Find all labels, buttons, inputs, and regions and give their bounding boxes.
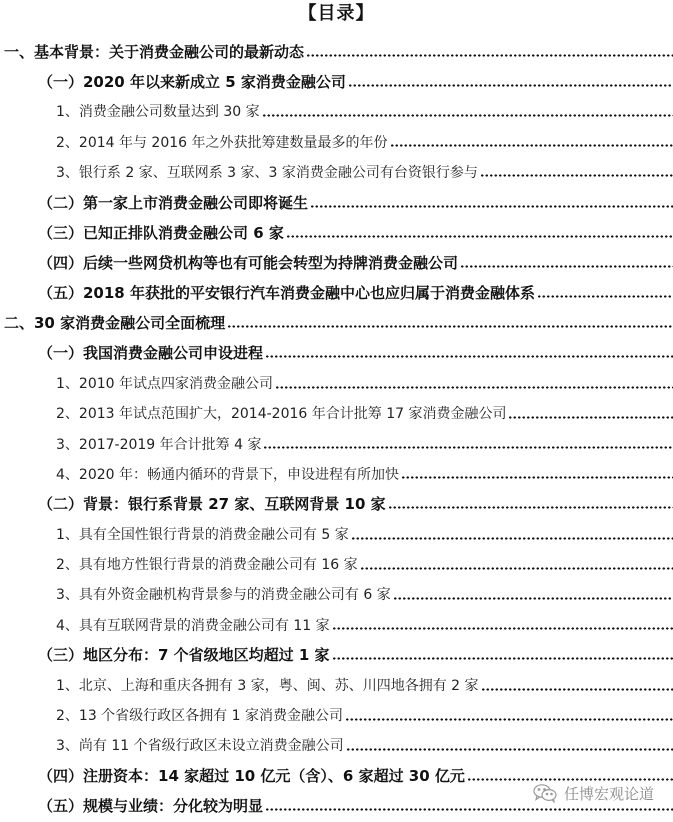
dot-leader: [388, 506, 673, 509]
dot-leader: [348, 84, 673, 87]
toc-entry-text: 一、基本背景：关于消费金融公司的最新动态: [4, 41, 306, 62]
toc-entry-text: （四）后续一些网贷机构等也有可能会转型为持牌消费金融公司: [38, 252, 460, 273]
toc-entry-text: 2、2013 年试点范围扩大，2014-2016 年合计批筹 17 家消费金融公…: [56, 403, 508, 423]
toc-entry-1-1-3[interactable]: 3、银行系 2 家、互联网系 3 家、3 家消费金融公司有台资银行参与: [0, 157, 673, 187]
dot-leader: [346, 748, 673, 751]
toc-entry-text: 4、2020 年：畅通内循环的背景下，申设进程有所加快: [56, 464, 401, 484]
toc-entry-text: （三）已知正排队消费金融公司 6 家: [38, 222, 286, 243]
dot-leader: [227, 325, 673, 328]
dot-leader: [306, 54, 673, 57]
dot-leader: [286, 235, 673, 238]
dot-leader: [460, 265, 673, 268]
toc-entry-text: （五）规模与业绩：分化较为明显: [38, 795, 265, 816]
toc-entry-text: 2、13 个省级行政区各拥有 1 家消费金融公司: [56, 705, 345, 725]
toc-entry-2-2-1[interactable]: 1、具有全国性银行背景的消费金融公司有 5 家: [0, 519, 673, 549]
toc-entry-text: （二）背景：银行系背景 27 家、互联网背景 10 家: [38, 493, 388, 514]
table-of-contents: 一、基本背景：关于消费金融公司的最新动态 （一）2020 年以来新成立 5 家消…: [0, 36, 673, 821]
dot-leader: [360, 567, 673, 570]
toc-entry-1-2[interactable]: （二）第一家上市消费金融公司即将诞生: [0, 187, 673, 217]
dot-leader: [263, 446, 673, 449]
toc-entry-text: 1、北京、上海和重庆各拥有 3 家，粤、闽、苏、川四地各拥有 2 家: [56, 675, 481, 695]
toc-entry-2-2-2[interactable]: 2、具有地方性银行背景的消费金融公司有 16 家: [0, 549, 673, 579]
toc-entry-text: 3、银行系 2 家、互联网系 3 家、3 家消费金融公司有台资银行参与: [56, 162, 480, 182]
watermark: 任博宏观论道: [530, 781, 660, 805]
watermark-text: 任博宏观论道: [564, 783, 654, 804]
toc-entry-1-1-1[interactable]: 1、消费金融公司数量达到 30 家: [0, 96, 673, 126]
toc-entry-text: 1、2010 年试点四家消费金融公司: [56, 373, 275, 393]
dot-leader: [332, 657, 673, 660]
toc-entry-text: 2、2014 年与 2016 年之外获批筹建数量最多的年份: [56, 132, 390, 152]
toc-entry-1-3[interactable]: （三）已知正排队消费金融公司 6 家: [0, 217, 673, 247]
toc-entry-1-1[interactable]: （一）2020 年以来新成立 5 家消费金融公司: [0, 66, 673, 96]
toc-entry-text: 4、具有互联网背景的消费金融公司有 11 家: [56, 615, 332, 635]
toc-entry-1-4[interactable]: （四）后续一些网贷机构等也有可能会转型为持牌消费金融公司: [0, 247, 673, 277]
toc-entry-2-3-3[interactable]: 3、尚有 11 个省级行政区未设立消费金融公司: [0, 730, 673, 760]
toc-entry-text: 2、具有地方性银行背景的消费金融公司有 16 家: [56, 554, 360, 574]
dot-leader: [265, 355, 673, 358]
dot-leader: [390, 144, 673, 147]
dot-leader: [393, 597, 673, 600]
toc-entry-section-2[interactable]: 二、30 家消费金融公司全面梳理: [0, 308, 673, 338]
toc-entry-text: （三）地区分布：7 个省级地区均超过 1 家: [38, 644, 332, 665]
toc-entry-text: （四）注册资本：14 家超过 10 亿元（含）、6 家超过 30 亿元: [38, 765, 467, 786]
dot-leader: [275, 386, 673, 389]
toc-entry-2-2-3[interactable]: 3、具有外资金融机构背景参与的消费金融公司有 6 家: [0, 579, 673, 609]
document-title: 【目录】: [0, 2, 673, 26]
dot-leader: [265, 808, 673, 811]
dot-leader: [480, 174, 673, 177]
dot-leader: [481, 688, 673, 691]
dot-leader: [508, 416, 673, 419]
toc-entry-text: 1、消费金融公司数量达到 30 家: [56, 101, 262, 121]
dot-leader: [401, 476, 673, 479]
toc-entry-text: 1、具有全国性银行背景的消费金融公司有 5 家: [56, 524, 351, 544]
toc-entry-section-1[interactable]: 一、基本背景：关于消费金融公司的最新动态: [0, 36, 673, 66]
toc-entry-2-1-1[interactable]: 1、2010 年试点四家消费金融公司: [0, 368, 673, 398]
toc-entry-2-2[interactable]: （二）背景：银行系背景 27 家、互联网背景 10 家: [0, 489, 673, 519]
toc-entry-text: （一）2020 年以来新成立 5 家消费金融公司: [38, 71, 348, 92]
toc-entry-text: 3、2017-2019 年合计批筹 4 家: [56, 434, 263, 454]
toc-entry-text: （一）我国消费金融公司申设进程: [38, 342, 265, 363]
dot-leader: [345, 718, 673, 721]
toc-entry-text: （二）第一家上市消费金融公司即将诞生: [38, 192, 310, 213]
toc-entry-2-1-4[interactable]: 4、2020 年：畅通内循环的背景下，申设进程有所加快: [0, 459, 673, 489]
toc-entry-2-1[interactable]: （一）我国消费金融公司申设进程: [0, 338, 673, 368]
toc-entry-1-1-2[interactable]: 2、2014 年与 2016 年之外获批筹建数量最多的年份: [0, 127, 673, 157]
toc-entry-text: 二、30 家消费金融公司全面梳理: [4, 312, 227, 333]
toc-entry-text: 3、具有外资金融机构背景参与的消费金融公司有 6 家: [56, 584, 393, 604]
toc-entry-2-3-2[interactable]: 2、13 个省级行政区各拥有 1 家消费金融公司: [0, 700, 673, 730]
toc-entry-text: （五）2018 年获批的平安银行汽车消费金融中心也应归属于消费金融体系: [38, 282, 537, 303]
toc-entry-1-5[interactable]: （五）2018 年获批的平安银行汽车消费金融中心也应归属于消费金融体系: [0, 278, 673, 308]
dot-leader: [537, 295, 673, 298]
toc-entry-2-3[interactable]: （三）地区分布：7 个省级地区均超过 1 家: [0, 640, 673, 670]
dot-leader: [262, 114, 673, 117]
toc-entry-text: 3、尚有 11 个省级行政区未设立消费金融公司: [56, 735, 346, 755]
wechat-icon: [532, 783, 558, 803]
toc-entry-2-3-1[interactable]: 1、北京、上海和重庆各拥有 3 家，粤、闽、苏、川四地各拥有 2 家: [0, 670, 673, 700]
dot-leader: [332, 627, 673, 630]
toc-entry-2-2-4[interactable]: 4、具有互联网背景的消费金融公司有 11 家: [0, 610, 673, 640]
toc-entry-2-1-3[interactable]: 3、2017-2019 年合计批筹 4 家: [0, 428, 673, 458]
dot-leader: [310, 205, 673, 208]
toc-entry-2-1-2[interactable]: 2、2013 年试点范围扩大，2014-2016 年合计批筹 17 家消费金融公…: [0, 398, 673, 428]
dot-leader: [351, 537, 673, 540]
